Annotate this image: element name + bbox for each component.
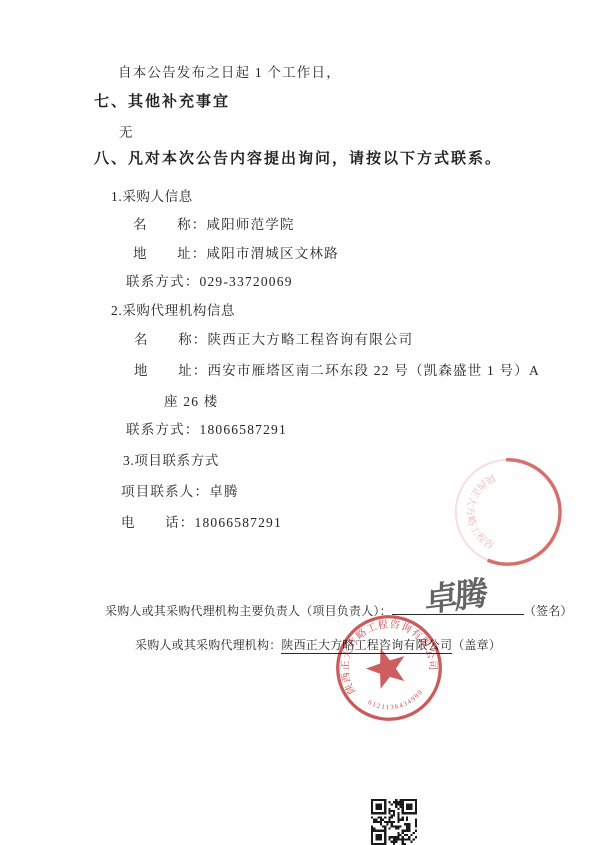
edge-seal-faint-ring [449, 453, 567, 571]
purchaser-contact-value: 029-33720069 [200, 274, 293, 289]
purchaser-name-label: 名 称： [133, 217, 207, 232]
seal-code-text: 6121136434990 [365, 682, 428, 719]
purchaser-name-value: 咸阳师范学院 [207, 217, 295, 232]
project-phone-row: 电 话：18066587291 [121, 514, 282, 531]
agency-seal-suffix: （盖章） [452, 638, 501, 652]
agency-seal-name: 陕西正大方略工程咨询有限公司 [281, 638, 452, 654]
agency-seal-line: 采购人或其采购代理机构：陕西正大方略工程咨询有限公司（盖章） [135, 637, 501, 654]
purchaser-contact-label: 联系方式： [126, 274, 200, 289]
purchaser-name-row: 名 称：咸阳师范学院 [133, 216, 295, 233]
agency-address-line2: 座 26 楼 [164, 393, 218, 410]
project-phone-label: 电 话： [121, 515, 195, 530]
project-phone-value: 18066587291 [195, 515, 282, 530]
handwritten-signature: 卓腾 [425, 567, 485, 622]
project-contact-value: 卓腾 [209, 484, 238, 499]
purchaser-title: 1.采购人信息 [111, 188, 193, 205]
purchaser-address-label: 地 址： [133, 246, 207, 261]
agency-name-value: 陕西正大方略工程咨询有限公司 [208, 332, 414, 347]
seal-ring [324, 603, 453, 732]
qr-code [371, 799, 417, 845]
responsible-person-label: 采购人或其采购代理机构主要负责人（项目负责人）： [105, 604, 392, 618]
scanned-document-page: 自本公告发布之日起 1 个工作日， 七、其他补充事宜 无 八、凡对本次公告内容提… [0, 0, 600, 845]
agency-address-value-line1: 西安市雁塔区南二环东段 22 号（凯森盛世 1 号）A [208, 363, 540, 378]
purchaser-address-row: 地 址：咸阳市渭城区文林路 [133, 245, 339, 262]
purchaser-contact-row: 联系方式：029-33720069 [126, 273, 293, 290]
section7-body: 无 [119, 124, 134, 141]
agency-address-row: 地 址：西安市雁塔区南二环东段 22 号（凯森盛世 1 号）A [134, 362, 540, 379]
section7-heading: 七、其他补充事宜 [94, 94, 230, 111]
project-contact-row: 项目联系人：卓腾 [121, 483, 239, 500]
agency-name-label: 名 称： [134, 332, 208, 347]
signature-suffix: （签名） [524, 604, 573, 618]
purchaser-address-value: 咸阳市渭城区文林路 [207, 246, 339, 261]
responsible-person-line: 采购人或其采购代理机构主要负责人（项目负责人）：（签名） [105, 601, 573, 620]
intro-line: 自本公告发布之日起 1 个工作日， [118, 64, 341, 81]
agency-name-row: 名 称：陕西正大方略工程咨询有限公司 [134, 331, 413, 348]
section8-heading: 八、凡对本次公告内容提出询问，请按以下方式联系。 [94, 151, 502, 168]
agency-contact-label: 联系方式： [126, 422, 200, 437]
agency-title: 2.采购代理机构信息 [111, 302, 235, 319]
agency-contact-row: 联系方式：18066587291 [126, 421, 287, 438]
agency-address-label: 地 址： [134, 363, 208, 378]
project-title: 3.项目联系方式 [123, 452, 219, 469]
edge-seal-arc [487, 458, 566, 571]
project-contact-label: 项目联系人： [121, 484, 209, 499]
edge-seal-stamp: 陕西正大方略工程咨询有限公司 [442, 446, 573, 577]
agency-contact-value: 18066587291 [200, 422, 287, 437]
agency-seal-label: 采购人或其采购代理机构： [135, 638, 281, 652]
edge-seal-text: 陕西正大方略工程咨询有限公司 [459, 468, 519, 554]
